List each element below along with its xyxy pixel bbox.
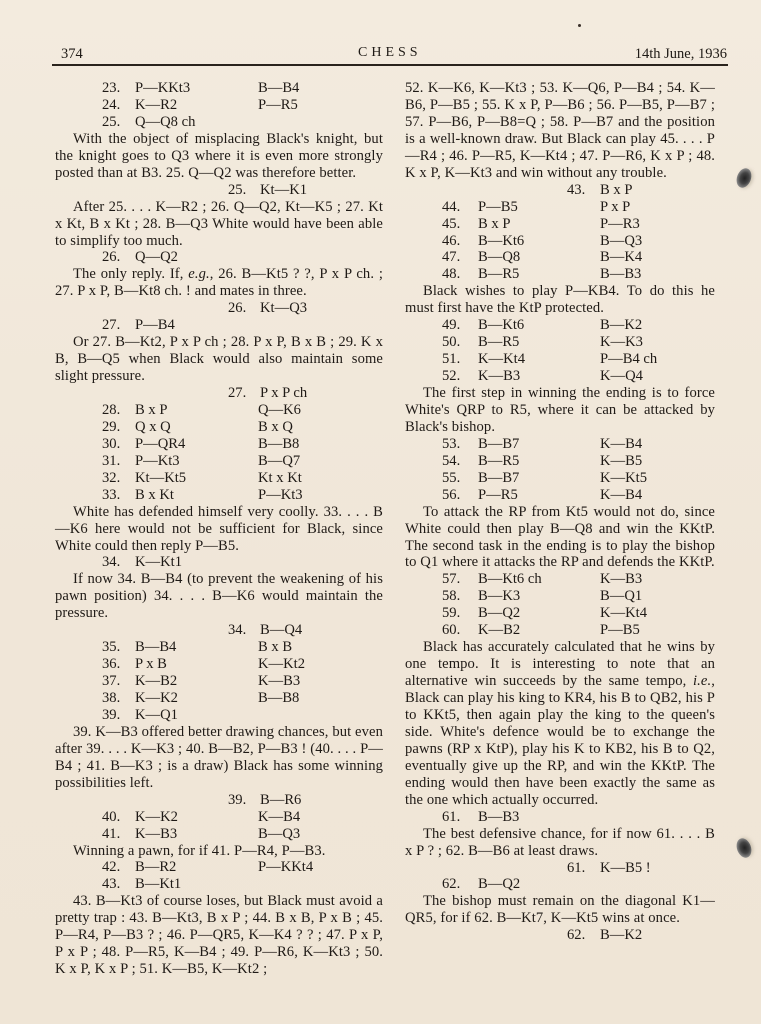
move-number: 29. <box>102 419 120 436</box>
annotation-paragraph: 39. K—B3 offered better drawing chances,… <box>55 724 383 792</box>
black-move: Kt—Q3 <box>260 300 307 317</box>
move-number: 25. <box>228 182 246 199</box>
move-line: 47.B—Q8B—K4 <box>405 249 715 266</box>
move-line: 35.B—B4B x B <box>55 639 383 656</box>
white-move: B x Kt <box>135 487 174 504</box>
annotation-paragraph: The first step in winning the ending is … <box>405 385 715 436</box>
white-move: K—Kt1 <box>135 554 182 571</box>
move-number: 32. <box>102 470 120 487</box>
move-line: 23.P—KKt3B—B4 <box>55 80 383 97</box>
white-move: K—B3 <box>135 826 177 843</box>
move-number: 58. <box>442 588 460 605</box>
annotation-paragraph: The bishop must remain on the diagonal K… <box>405 893 715 927</box>
move-line: 57.B—Kt6 chK—B3 <box>405 571 715 588</box>
black-move: B—B8 <box>258 436 299 453</box>
black-move: B—K4 <box>600 249 642 266</box>
white-move: Kt—Kt5 <box>135 470 186 487</box>
move-line: 40.K—K2K—B4 <box>55 809 383 826</box>
move-line: 26.Q—Q2 <box>55 249 383 266</box>
black-move: B—R6 <box>260 792 301 809</box>
move-line: 46.B—Kt6B—Q3 <box>405 233 715 250</box>
move-line: 61.K—B5 ! <box>405 860 715 877</box>
move-line: 41.K—B3B—Q3 <box>55 826 383 843</box>
white-move: Q x Q <box>135 419 171 436</box>
black-move: P—B4 ch <box>600 351 657 368</box>
white-move: Q—Q8 ch <box>135 114 195 131</box>
black-move: P—Kt3 <box>258 487 303 504</box>
move-number: 47. <box>442 249 460 266</box>
white-move: B—R5 <box>478 334 519 351</box>
white-move: K—Kt4 <box>478 351 525 368</box>
move-number: 24. <box>102 97 120 114</box>
move-line: 27.P—B4 <box>55 317 383 334</box>
black-move: K—B4 <box>600 436 642 453</box>
white-move: B—R5 <box>478 266 519 283</box>
binding-hole <box>734 166 754 190</box>
page-header: 374 CHESS 14th June, 1936 <box>55 44 727 66</box>
move-line: 43.B—Kt1 <box>55 876 383 893</box>
annotation-paragraph: 52. K—K6, K—Kt3 ; 53. K—Q6, P—B4 ; 54. K… <box>405 80 715 182</box>
move-number: 27. <box>228 385 246 402</box>
annotation-paragraph: To attack the RP from Kt5 would not do, … <box>405 504 715 572</box>
issue-date: 14th June, 1936 <box>635 46 727 63</box>
move-line: 45.B x PP—R3 <box>405 216 715 233</box>
white-move: Q—Q2 <box>135 249 178 266</box>
move-line: 37.K—B2K—B3 <box>55 673 383 690</box>
binding-hole <box>734 836 754 860</box>
move-line: 50.B—R5K—K3 <box>405 334 715 351</box>
black-move: K—Q4 <box>600 368 643 385</box>
move-number: 59. <box>442 605 460 622</box>
move-line: 51.K—Kt4P—B4 ch <box>405 351 715 368</box>
white-move: B—Q2 <box>478 876 520 893</box>
white-move: P—QR4 <box>135 436 185 453</box>
white-move: B—Kt6 <box>478 317 524 334</box>
black-move: B—Q7 <box>258 453 300 470</box>
white-move: K—R2 <box>135 97 177 114</box>
move-number: 41. <box>102 826 120 843</box>
white-move: K—B2 <box>478 622 520 639</box>
page-number: 374 <box>61 46 83 63</box>
move-line: 62.B—K2 <box>405 927 715 944</box>
annotation-paragraph: The only reply. If, e.g., 26. B—Kt5 ? ?,… <box>55 266 383 300</box>
annotation-paragraph: Black has accurately calculated that he … <box>405 639 715 809</box>
white-move: K—K2 <box>135 690 178 707</box>
move-line: 29.Q x QB x Q <box>55 419 383 436</box>
move-line: 58.B—K3B—Q1 <box>405 588 715 605</box>
move-line: 34.K—Kt1 <box>55 554 383 571</box>
white-move: B x P <box>135 402 167 419</box>
annotation-paragraph: Black wishes to play P—KB4. To do this h… <box>405 283 715 317</box>
move-number: 25. <box>102 114 120 131</box>
black-move: Kt—K1 <box>260 182 307 199</box>
magazine-page: 374 CHESS 14th June, 1936 23.P—KKt3B—B42… <box>0 0 761 1024</box>
black-move: K—B3 <box>600 571 642 588</box>
move-line: 32.Kt—Kt5Kt x Kt <box>55 470 383 487</box>
move-number: 60. <box>442 622 460 639</box>
move-number: 54. <box>442 453 460 470</box>
move-number: 61. <box>442 809 460 826</box>
publication-title: CHESS <box>358 45 422 61</box>
move-number: 43. <box>567 182 585 199</box>
move-number: 38. <box>102 690 120 707</box>
annotation-paragraph: Winning a pawn, for if 41. P—R4, P—B3. <box>55 843 383 860</box>
move-number: 26. <box>102 249 120 266</box>
move-number: 39. <box>102 707 120 724</box>
move-line: 42.B—R2P—KKt4 <box>55 859 383 876</box>
move-number: 28. <box>102 402 120 419</box>
white-move: B—B3 <box>478 809 519 826</box>
annotation-paragraph: Or 27. B—Kt2, P x P ch ; 28. P x P, B x … <box>55 334 383 385</box>
move-number: 49. <box>442 317 460 334</box>
move-line: 24.K—R2P—R5 <box>55 97 383 114</box>
move-number: 40. <box>102 809 120 826</box>
black-move: K—B4 <box>600 487 642 504</box>
move-line: 39.B—R6 <box>55 792 383 809</box>
right-column: 52. K—K6, K—Kt3 ; 53. K—Q6, P—B4 ; 54. K… <box>405 80 715 944</box>
move-number: 62. <box>567 927 585 944</box>
move-line: 26.Kt—Q3 <box>55 300 383 317</box>
black-move: B—B4 <box>258 80 299 97</box>
move-number: 35. <box>102 639 120 656</box>
black-move: B—Q4 <box>260 622 302 639</box>
white-move: P—KKt3 <box>135 80 190 97</box>
move-line: 48.B—R5B—B3 <box>405 266 715 283</box>
black-move: B x Q <box>258 419 293 436</box>
white-move: B—Q2 <box>478 605 520 622</box>
move-number: 36. <box>102 656 120 673</box>
move-number: 53. <box>442 436 460 453</box>
move-line: 59.B—Q2K—Kt4 <box>405 605 715 622</box>
header-rule <box>52 64 728 66</box>
white-move: P—B5 <box>478 199 518 216</box>
move-number: 45. <box>442 216 460 233</box>
black-move: B—K2 <box>600 927 642 944</box>
black-move: P—R5 <box>258 97 298 114</box>
move-line: 60.K—B2P—B5 <box>405 622 715 639</box>
move-line: 53.B—B7K—B4 <box>405 436 715 453</box>
move-number: 34. <box>228 622 246 639</box>
move-number: 46. <box>442 233 460 250</box>
move-number: 37. <box>102 673 120 690</box>
white-move: K—B2 <box>135 673 177 690</box>
left-column: 23.P—KKt3B—B424.K—R2P—R525.Q—Q8 chWith t… <box>55 80 383 978</box>
white-move: K—Q1 <box>135 707 178 724</box>
move-number: 55. <box>442 470 460 487</box>
white-move: B—B7 <box>478 436 519 453</box>
move-number: 61. <box>567 860 585 877</box>
move-line: 39.K—Q1 <box>55 707 383 724</box>
black-move: B x P <box>600 182 632 199</box>
move-line: 52.K—B3K—Q4 <box>405 368 715 385</box>
move-line: 25.Q—Q8 ch <box>55 114 383 131</box>
black-move: B—B8 <box>258 690 299 707</box>
move-line: 54.B—R5K—B5 <box>405 453 715 470</box>
move-line: 56.P—R5K—B4 <box>405 487 715 504</box>
black-move: K—B5 ! <box>600 860 651 877</box>
annotation-paragraph: 43. B—Kt3 of course loses, but Black mus… <box>55 893 383 978</box>
white-move: B—B4 <box>135 639 176 656</box>
white-move: B—R2 <box>135 859 176 876</box>
move-number: 52. <box>442 368 460 385</box>
move-line: 44.P—B5P x P <box>405 199 715 216</box>
white-move: B—Kt6 ch <box>478 571 542 588</box>
black-move: B x B <box>258 639 292 656</box>
move-number: 34. <box>102 554 120 571</box>
move-line: 31.P—Kt3B—Q7 <box>55 453 383 470</box>
move-number: 62. <box>442 876 460 893</box>
move-number: 30. <box>102 436 120 453</box>
white-move: P x B <box>135 656 167 673</box>
move-number: 33. <box>102 487 120 504</box>
white-move: B—B7 <box>478 470 519 487</box>
move-line: 43.B x P <box>405 182 715 199</box>
white-move: B—Kt6 <box>478 233 524 250</box>
emphasis: e.g. <box>188 266 209 282</box>
black-move: K—Kt4 <box>600 605 647 622</box>
move-number: 43. <box>102 876 120 893</box>
black-move: K—Kt5 <box>600 470 647 487</box>
black-move: K—Kt2 <box>258 656 305 673</box>
black-move: K—K3 <box>600 334 643 351</box>
white-move: B—Q8 <box>478 249 520 266</box>
black-move: B—Q1 <box>600 588 642 605</box>
move-line: 28.B x PQ—K6 <box>55 402 383 419</box>
move-number: 27. <box>102 317 120 334</box>
move-line: 34.B—Q4 <box>55 622 383 639</box>
black-move: P x P ch <box>260 385 307 402</box>
black-move: P—R3 <box>600 216 640 233</box>
black-move: B—B3 <box>600 266 641 283</box>
move-line: 61.B—B3 <box>405 809 715 826</box>
black-move: B—K2 <box>600 317 642 334</box>
move-number: 26. <box>228 300 246 317</box>
emphasis: i.e. <box>693 673 711 689</box>
white-move: B—Kt1 <box>135 876 181 893</box>
move-number: 23. <box>102 80 120 97</box>
move-line: 38.K—K2B—B8 <box>55 690 383 707</box>
move-number: 31. <box>102 453 120 470</box>
white-move: B—K3 <box>478 588 520 605</box>
move-number: 48. <box>442 266 460 283</box>
move-line: 36.P x BK—Kt2 <box>55 656 383 673</box>
move-line: 33.B x KtP—Kt3 <box>55 487 383 504</box>
white-move: P—Kt3 <box>135 453 180 470</box>
annotation-paragraph: After 25. . . . K—R2 ; 26. Q—Q2, Kt—K5 ;… <box>55 199 383 250</box>
white-move: P—B4 <box>135 317 175 334</box>
white-move: B—R5 <box>478 453 519 470</box>
white-move: B x P <box>478 216 510 233</box>
black-move: P—B5 <box>600 622 640 639</box>
black-move: P—KKt4 <box>258 859 313 876</box>
move-number: 50. <box>442 334 460 351</box>
move-line: 49.B—Kt6B—K2 <box>405 317 715 334</box>
black-move: Kt x Kt <box>258 470 302 487</box>
move-number: 57. <box>442 571 460 588</box>
black-move: K—B5 <box>600 453 642 470</box>
white-move: P—R5 <box>478 487 518 504</box>
annotation-paragraph: The best defensive chance, for if now 61… <box>405 826 715 860</box>
white-move: K—K2 <box>135 809 178 826</box>
white-move: K—B3 <box>478 368 520 385</box>
annotation-paragraph: With the object of misplacing Black's kn… <box>55 131 383 182</box>
move-line: 30.P—QR4B—B8 <box>55 436 383 453</box>
print-speck <box>578 24 581 27</box>
move-line: 25.Kt—K1 <box>55 182 383 199</box>
move-number: 42. <box>102 859 120 876</box>
black-move: K—B3 <box>258 673 300 690</box>
move-number: 51. <box>442 351 460 368</box>
black-move: B—Q3 <box>258 826 300 843</box>
move-line: 55.B—B7K—Kt5 <box>405 470 715 487</box>
black-move: B—Q3 <box>600 233 642 250</box>
move-number: 44. <box>442 199 460 216</box>
move-line: 27.P x P ch <box>55 385 383 402</box>
black-move: P x P <box>600 199 630 216</box>
annotation-paragraph: If now 34. B—B4 (to prevent the weakenin… <box>55 571 383 622</box>
annotation-paragraph: White has defended himself very coolly. … <box>55 504 383 555</box>
black-move: Q—K6 <box>258 402 301 419</box>
move-number: 39. <box>228 792 246 809</box>
move-number: 56. <box>442 487 460 504</box>
move-line: 62.B—Q2 <box>405 876 715 893</box>
black-move: K—B4 <box>258 809 300 826</box>
